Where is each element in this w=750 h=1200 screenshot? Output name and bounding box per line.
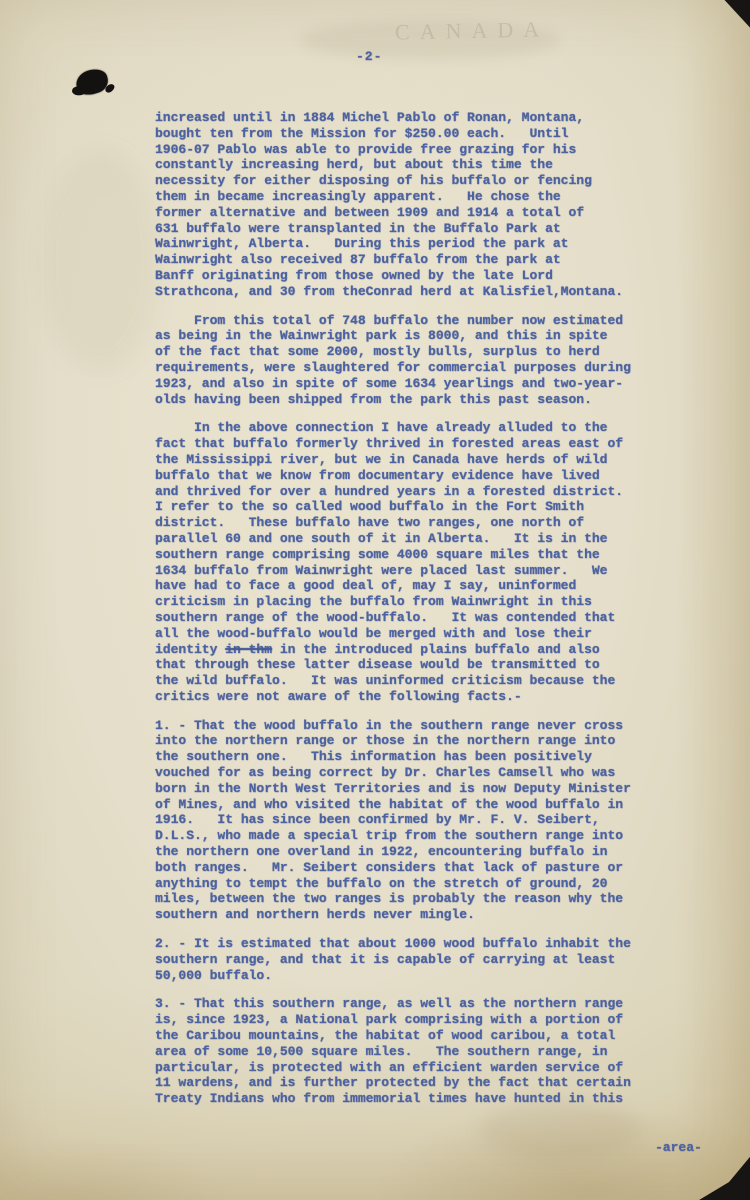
scanned-document-frame: CANADA -2- increased until in 1884 Miche…: [0, 0, 750, 1200]
catchword-area: -area-: [655, 1140, 702, 1155]
paragraph: increased until in 1884 Michel Pablo of …: [155, 110, 715, 300]
ink-blot-stain: [73, 66, 111, 99]
paper-stain: [40, 150, 160, 370]
paragraph: From this total of 748 buffalo the numbe…: [155, 313, 715, 408]
paragraph: 3. - That this southern range, as well a…: [155, 996, 715, 1107]
paragraph: 2. - It is estimated that about 1000 woo…: [155, 936, 715, 983]
paragraph: In the above connection I have already a…: [155, 420, 715, 704]
document-page: CANADA -2- increased until in 1884 Miche…: [0, 0, 750, 1200]
struck-text: in thm: [225, 642, 272, 657]
faint-watermark-text: CANADA: [395, 16, 550, 45]
page-number: -2-: [356, 49, 382, 64]
typed-text-block: increased until in 1884 Michel Pablo of …: [155, 110, 715, 1120]
paragraph: 1. - That the wood buffalo in the southe…: [155, 718, 715, 923]
